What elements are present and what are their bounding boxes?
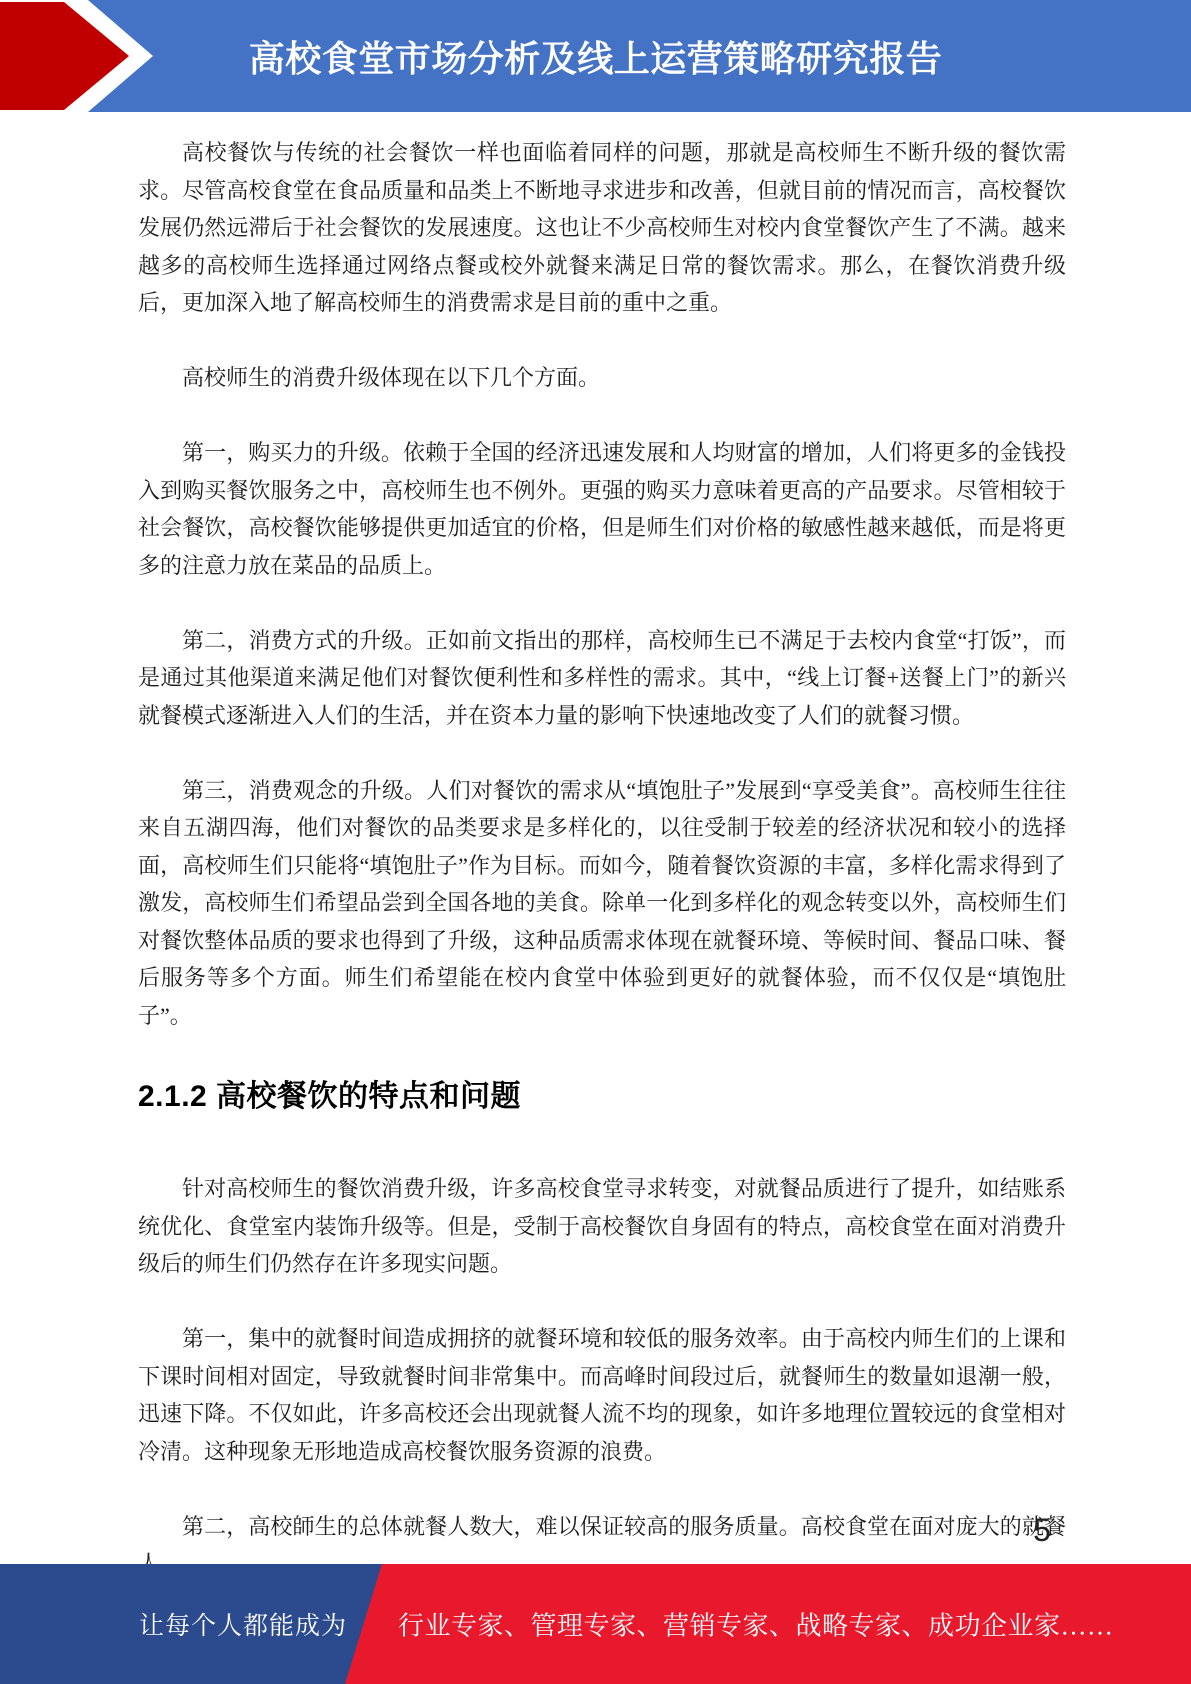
paragraph: 高校师生的消费升级体现在以下几个方面。 [138, 359, 1066, 397]
footer-banner: 让每个人都能成为 行业专家、管理专家、营销专家、战略专家、成功企业家…… [0, 1564, 1191, 1684]
page-body: 高校餐饮与传统的社会餐饮一样也面临着同样的问题，那就是高校师生不断升级的餐饮需求… [138, 134, 1066, 1583]
report-page: 高校食堂市场分析及线上运营策略研究报告 高校餐饮与传统的社会餐饮一样也面临着同样… [0, 0, 1191, 1684]
section-heading: 2.1.2 高校餐饮的特点和问题 [138, 1074, 1066, 1120]
paragraph: 第一，集中的就餐时间造成拥挤的就餐环境和较低的服务效率。由于高校内师生们的上课和… [138, 1320, 1066, 1470]
header-banner: 高校食堂市场分析及线上运营策略研究报告 [0, 0, 1191, 112]
paragraph: 第一，购买力的升级。依赖于全国的经济迅速发展和人均财富的增加，人们将更多的金钱投… [138, 434, 1066, 584]
paragraph: 第三，消费观念的升级。人们对餐饮的需求从“填饱肚子”发展到“享受美食”。高校师生… [138, 772, 1066, 1035]
paragraph: 针对高校师生的餐饮消费升级，许多高校食堂寻求转变，对就餐品质进行了提升，如结账系… [138, 1170, 1066, 1283]
report-title: 高校食堂市场分析及线上运营策略研究报告 [0, 0, 1191, 112]
footer-slogan-lead: 让每个人都能成为 [0, 1606, 347, 1642]
paragraph: 高校餐饮与传统的社会餐饮一样也面临着同样的问题，那就是高校师生不断升级的餐饮需求… [138, 134, 1066, 322]
footer-slogan-experts: 行业专家、管理专家、营销专家、战略专家、成功企业家…… [398, 1606, 1114, 1643]
paragraph: 第二，消费方式的升级。正如前文指出的那样，高校师生已不满足于去校内食堂“打饭”，… [138, 622, 1066, 735]
page-number: 5 [1022, 1512, 1062, 1549]
